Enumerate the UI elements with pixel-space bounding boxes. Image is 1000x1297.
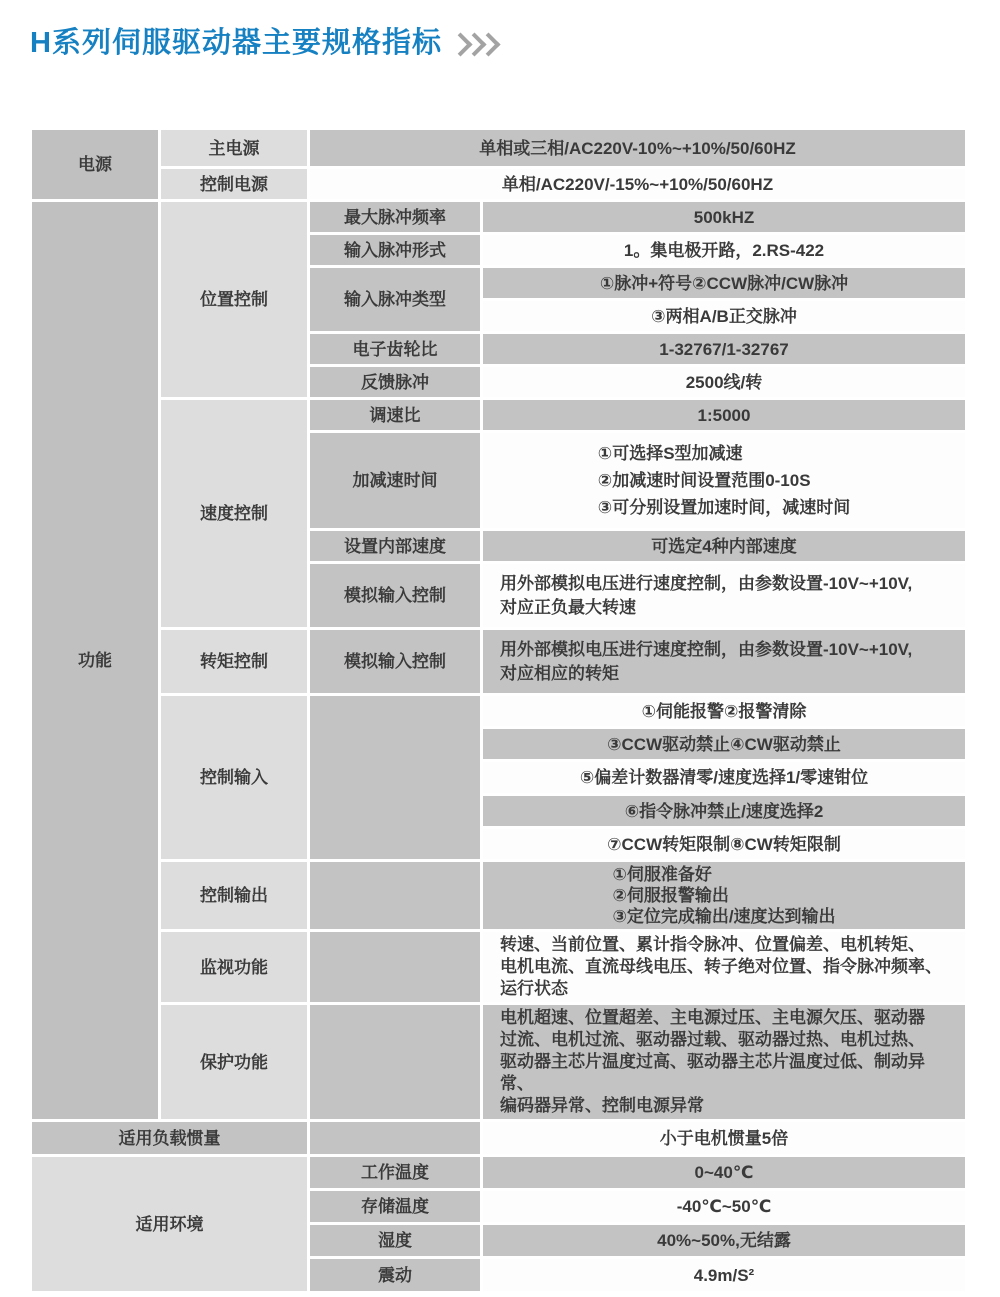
- value-control-input-3: ⑤偏差计数器清零/速度选择1/零速钳位: [483, 762, 965, 793]
- value-vibration: 4.9m/S²: [483, 1259, 965, 1291]
- value-feedback-pulse: 2500线/转: [483, 367, 965, 397]
- control-output-lines: ①伺服准备好 ②伺服报警输出 ③定位完成输出/速度达到输出: [612, 864, 835, 927]
- empty-cell-monitor: [310, 932, 480, 1002]
- value-speed-analog-input: 用外部模拟电压进行速度控制，由参数设置-10V~+10V, 对应正负最大转速: [483, 564, 965, 627]
- label-main-power: 主电源: [161, 130, 307, 166]
- value-gear-ratio: 1-32767/1-32767: [483, 334, 965, 364]
- label-pulse-type: 输入脉冲类型: [310, 268, 480, 331]
- page-header: H系列伺服驱动器主要规格指标: [30, 26, 497, 60]
- value-humidity: 40%~50%,无结露: [483, 1225, 965, 1256]
- label-position-control: 位置控制: [161, 202, 307, 397]
- value-protection-function: 电机超速、位置超差、主电源过压、主电源欠压、驱动器 过流、电机过流、驱动器过载、…: [483, 1005, 965, 1119]
- label-accel-time: 加减速时间: [310, 433, 480, 528]
- triple-chevron-right-icon: [456, 36, 497, 53]
- value-control-input-4: ⑥指令脉冲禁止/速度选择2: [483, 796, 965, 826]
- value-control-input-1: ①伺能报警②报警清除: [483, 696, 965, 726]
- label-storage-temp: 存储温度: [310, 1191, 480, 1222]
- value-load-inertia: 小于电机惯量5倍: [483, 1122, 965, 1154]
- label-gear-ratio: 电子齿轮比: [310, 334, 480, 364]
- value-torque-analog-input: 用外部模拟电压进行速度控制，由参数设置-10V~+10V, 对应相应的转矩: [483, 630, 965, 693]
- value-pulse-type-a: ①脉冲+符号②CCW脉冲/CW脉冲: [483, 268, 965, 298]
- label-feedback-pulse: 反馈脉冲: [310, 367, 480, 397]
- empty-cell-load-inertia: [310, 1122, 480, 1154]
- label-protection-function: 保护功能: [161, 1005, 307, 1119]
- empty-cell-control-output: [310, 862, 480, 929]
- spec-table: 电源 主电源 单相或三相/AC220V-10%~+10%/50/60HZ 控制电…: [29, 127, 968, 1294]
- group-cell-power: 电源: [32, 130, 158, 199]
- value-working-temp: 0~40℃: [483, 1157, 965, 1188]
- label-vibration: 震动: [310, 1259, 480, 1291]
- value-storage-temp: -40℃~50℃: [483, 1191, 965, 1222]
- group-cell-function: 功能: [32, 202, 158, 1119]
- label-speed-ratio: 调速比: [310, 400, 480, 430]
- label-load-inertia: 适用负载惯量: [32, 1122, 307, 1154]
- value-pulse-type-b: ③两相A/B正交脉冲: [483, 301, 965, 331]
- label-torque-analog-input: 模拟输入控制: [310, 630, 480, 693]
- chevron-right-icon: [476, 32, 500, 56]
- label-control-power: 控制电源: [161, 169, 307, 199]
- value-control-power: 单相/AC220V/-15%~+10%/50/60HZ: [310, 169, 965, 199]
- label-pulse-form: 输入脉冲形式: [310, 235, 480, 265]
- value-control-input-5: ⑦CCW转矩限制⑧CW转矩限制: [483, 829, 965, 859]
- label-torque-control: 转矩控制: [161, 630, 307, 693]
- value-control-input-2: ③CCW驱动禁止④CW驱动禁止: [483, 729, 965, 759]
- value-speed-ratio: 1:5000: [483, 400, 965, 430]
- value-control-output: ①伺服准备好 ②伺服报警输出 ③定位完成输出/速度达到输出: [483, 862, 965, 929]
- value-main-power: 单相或三相/AC220V-10%~+10%/50/60HZ: [310, 130, 965, 166]
- label-environment: 适用环境: [32, 1157, 307, 1291]
- label-speed-control: 速度控制: [161, 400, 307, 627]
- value-internal-speed: 可选定4种内部速度: [483, 531, 965, 561]
- page-title: H系列伺服驱动器主要规格指标: [30, 26, 442, 60]
- value-pulse-form: 1。集电极开路，2.RS-422: [483, 235, 965, 265]
- label-control-input: 控制输入: [161, 696, 307, 859]
- label-control-output: 控制输出: [161, 862, 307, 929]
- label-working-temp: 工作温度: [310, 1157, 480, 1188]
- spec-page: H系列伺服驱动器主要规格指标 电源 主电源 单相或三相/AC220V-10%~+…: [0, 0, 1000, 1297]
- empty-cell-control-input: [310, 696, 480, 859]
- label-speed-analog-input: 模拟输入控制: [310, 564, 480, 627]
- label-monitor-function: 监视功能: [161, 932, 307, 1002]
- value-monitor-function: 转速、当前位置、累计指令脉冲、位置偏差、电机转矩、 电机电流、直流母线电压、转子…: [483, 932, 965, 1002]
- value-max-pulse-freq: 500kHZ: [483, 202, 965, 232]
- value-accel-time: ①可选择S型加减速 ②加减速时间设置范围0-10S ③可分别设置加速时间，减速时…: [483, 433, 965, 528]
- accel-time-lines: ①可选择S型加减速 ②加减速时间设置范围0-10S ③可分别设置加速时间，减速时…: [598, 440, 850, 521]
- empty-cell-protection: [310, 1005, 480, 1119]
- label-internal-speed: 设置内部速度: [310, 531, 480, 561]
- label-humidity: 湿度: [310, 1225, 480, 1256]
- label-max-pulse-freq: 最大脉冲频率: [310, 202, 480, 232]
